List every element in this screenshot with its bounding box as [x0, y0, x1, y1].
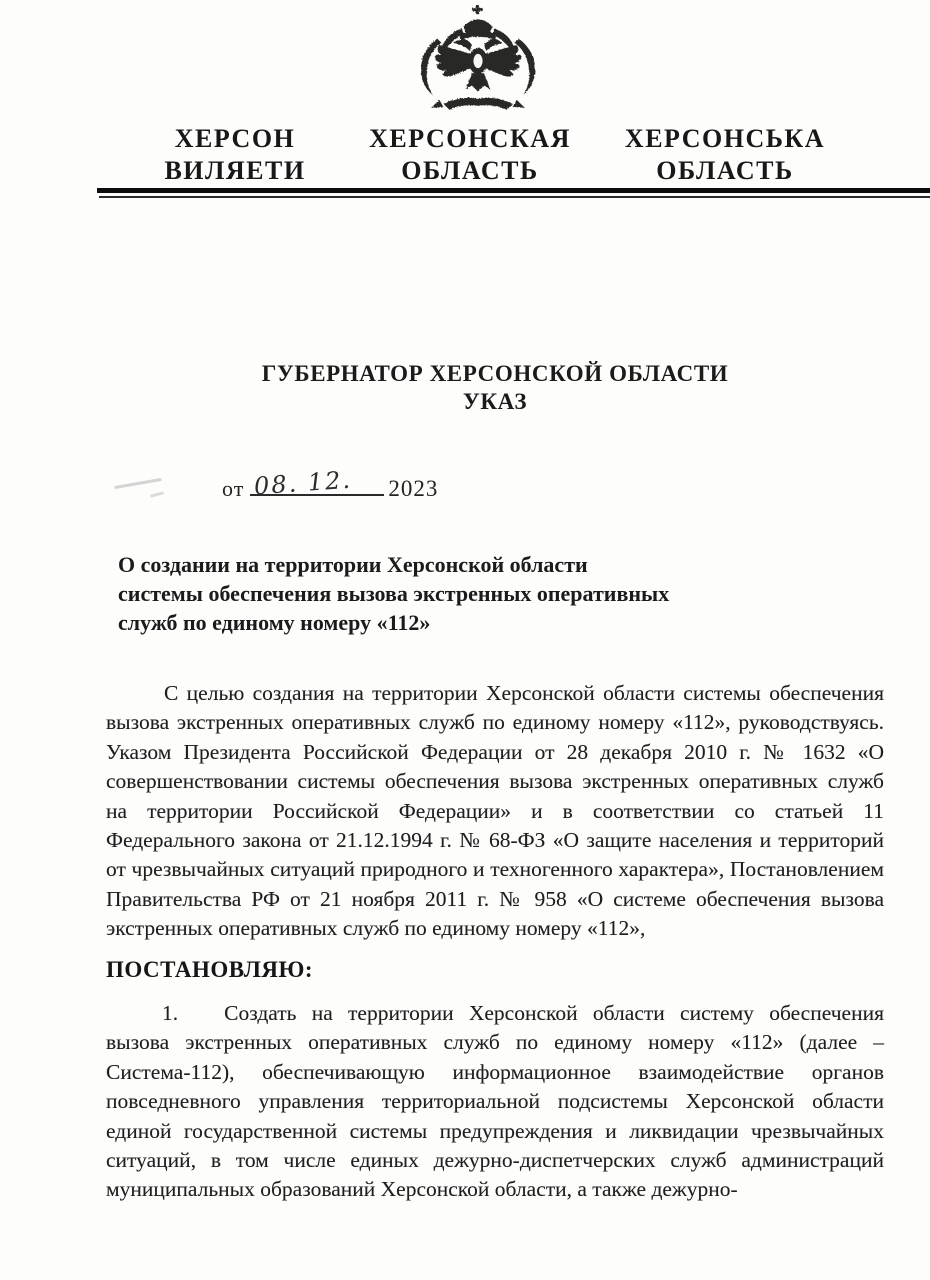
date-year: 2023 [388, 476, 438, 501]
document-title-line1: ГУБЕРНАТОР ХЕРСОНСКОЙ ОБЛАСТИ [106, 360, 884, 388]
letterhead-left-line2: ВИЛЯЕТИ [136, 155, 334, 187]
decree-document-page: ХЕРСОН ВИЛЯЕТИ ХЕРСОНСКАЯ ОБЛАСТЬ ХЕРСОН… [0, 0, 930, 1280]
letterhead-right-line1: ХЕРСОНСЬКА [620, 123, 830, 155]
scan-smudge [150, 491, 164, 498]
date-underline: 08. 12. [250, 468, 384, 496]
handwritten-date: 08. 12. [253, 466, 353, 501]
decree-item-1-text: Создать на территории Херсонской области… [106, 1001, 884, 1201]
letterhead-left: ХЕРСОН ВИЛЯЕТИ [136, 123, 334, 187]
letterhead-center-line1: ХЕРСОНСКАЯ [366, 123, 574, 155]
divider-rule-thin [99, 196, 930, 198]
subject-line2: системы обеспечения вызова экстренных оп… [118, 579, 718, 608]
subject-line1: О создании на территории Херсонской обла… [118, 550, 718, 579]
document-title-line2: УКАЗ [106, 388, 884, 416]
letterhead-center-line2: ОБЛАСТЬ [366, 155, 574, 187]
document-title: ГУБЕРНАТОР ХЕРСОНСКОЙ ОБЛАСТИ УКАЗ [106, 360, 884, 416]
resolve-heading: ПОСТАНОВЛЯЮ: [106, 957, 313, 983]
coat-of-arms-icon [400, 4, 556, 116]
date-prefix: от [222, 476, 244, 501]
divider-rule-thick [97, 188, 930, 193]
subject-line3: служб по единому номеру «112» [118, 608, 718, 637]
letterhead-left-line1: ХЕРСОН [136, 123, 334, 155]
preamble-paragraph: С целью создания на территории Херсонско… [106, 679, 884, 944]
letterhead-center: ХЕРСОНСКАЯ ОБЛАСТЬ [366, 123, 574, 187]
scan-smudge [114, 478, 162, 489]
decree-item-1-number: 1. [162, 1001, 178, 1025]
letterhead-right-line2: ОБЛАСТЬ [620, 155, 830, 187]
subject-heading: О создании на территории Херсонской обла… [118, 550, 718, 637]
decree-item-1: 1.Создать на территории Херсонской облас… [106, 999, 884, 1205]
letterhead-right: ХЕРСОНСЬКА ОБЛАСТЬ [620, 123, 830, 187]
date-line: от08. 12.2023 [222, 468, 438, 502]
